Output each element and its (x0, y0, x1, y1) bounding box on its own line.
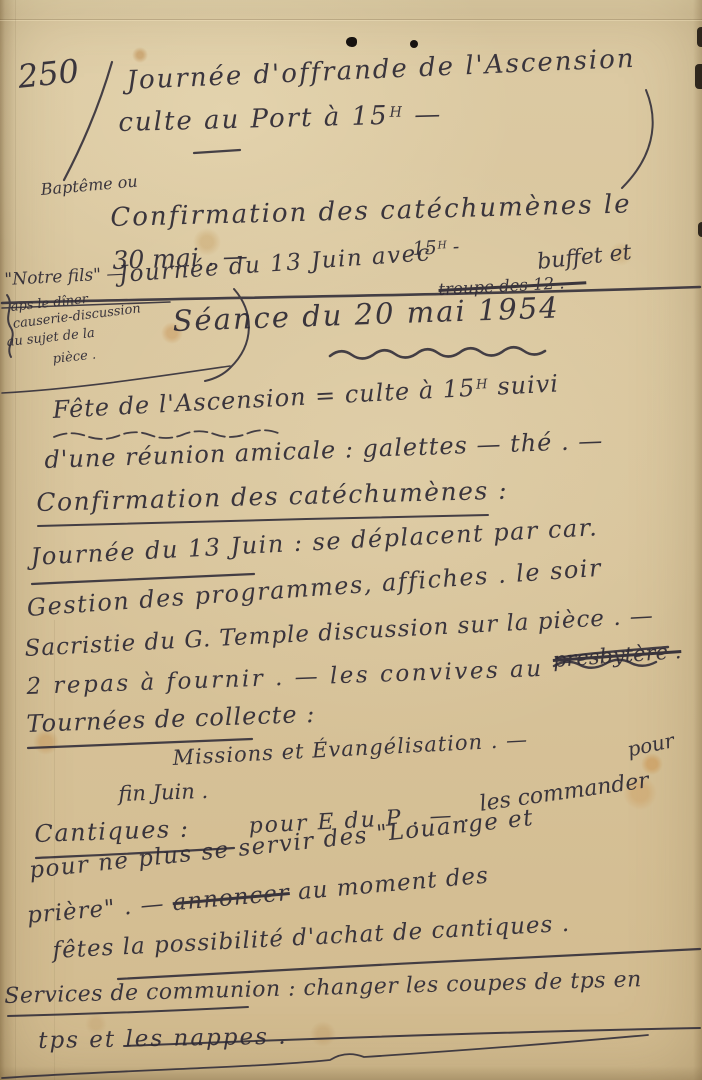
collecte-pour: pour (625, 728, 676, 761)
journee-underlined: Journée du 13 Juin (30, 530, 285, 571)
communion-heading: Services de communion (4, 977, 281, 1009)
buffet-insert: buffet et (536, 240, 633, 275)
superscript-hour: H (476, 378, 489, 394)
edge-ink-mark (698, 222, 702, 237)
struck-annoncer: annoncer (172, 880, 291, 916)
collecte-line1: Missions et Évangélisation . — (172, 727, 529, 770)
journee-section-line4: 2 repas à fournir . — les convives au (26, 656, 544, 700)
dash-under-header (194, 150, 240, 153)
binding-hole-icon (346, 37, 357, 47)
paper-crease-left (15, 0, 16, 1080)
hour-insert: 15H - (412, 236, 460, 260)
ascension-line1-text: Fête de l'Ascension = culte à 15 (52, 374, 476, 424)
hour-insert-num: 15 (412, 237, 437, 260)
manuscript-page: 250 Journée d'offrande de l'Ascension cu… (0, 0, 702, 1080)
collecte-line2: fin Juin . (118, 779, 209, 806)
ascension-line1: Fête de l'Ascension = culte à 15H suivi (52, 369, 560, 423)
session-title: Séance du 20 mai 1954 (172, 290, 560, 337)
heading-offrande-line1: Journée d'offrande de l'Ascension (126, 44, 636, 96)
communion-heading-row: Services de communion : changer les coup… (4, 967, 642, 1009)
catechumenes-heading: Confirmation des catéchumènes : (36, 476, 508, 517)
communion-line2: tps et les nappes . (38, 1024, 288, 1054)
edge-ink-mark (697, 27, 702, 47)
journee-rest: : se déplacent par car. (284, 513, 599, 557)
fete-wavy-underline (54, 430, 278, 439)
ascension-line2: d'une réunion amicale : galettes — thé .… (44, 426, 604, 473)
paper-crease-top (0, 19, 702, 20)
bapteme-note: Baptême ou (40, 172, 138, 199)
communion-rest: : changer les coupes de tps en (280, 967, 642, 1001)
confirmation-line1: Confirmation des catéchumènes le (110, 189, 632, 233)
page-number: 250 (16, 52, 81, 96)
flourish-after-ascension (622, 90, 653, 188)
struck-presbytere: presbytère . (552, 639, 682, 672)
notre-fils-note: "Notre fils" — (4, 264, 124, 290)
edge-ink-mark (695, 64, 702, 89)
superscript-hour: H (389, 104, 404, 120)
ascension-line1-suivi: suivi (488, 369, 560, 401)
services-underline (8, 1007, 248, 1016)
cantiques-line3-pre: prière" . — (26, 890, 174, 929)
collecte-heading: Tournées de collecte : (26, 700, 316, 738)
seance-squiggle-underline (330, 347, 545, 358)
heading-offrande-line2-text: culte au Port à 15 (118, 101, 389, 138)
binding-hole-icon (410, 40, 418, 48)
heading-offrande-line2: culte au Port à 15H — (118, 100, 443, 138)
cantiques-line3-post: au moment des (289, 863, 490, 906)
margin-note-line4: pièce . (52, 347, 97, 366)
hour-insert-dash: - (446, 236, 460, 259)
heading-offrande-line2-dash: — (404, 100, 443, 131)
